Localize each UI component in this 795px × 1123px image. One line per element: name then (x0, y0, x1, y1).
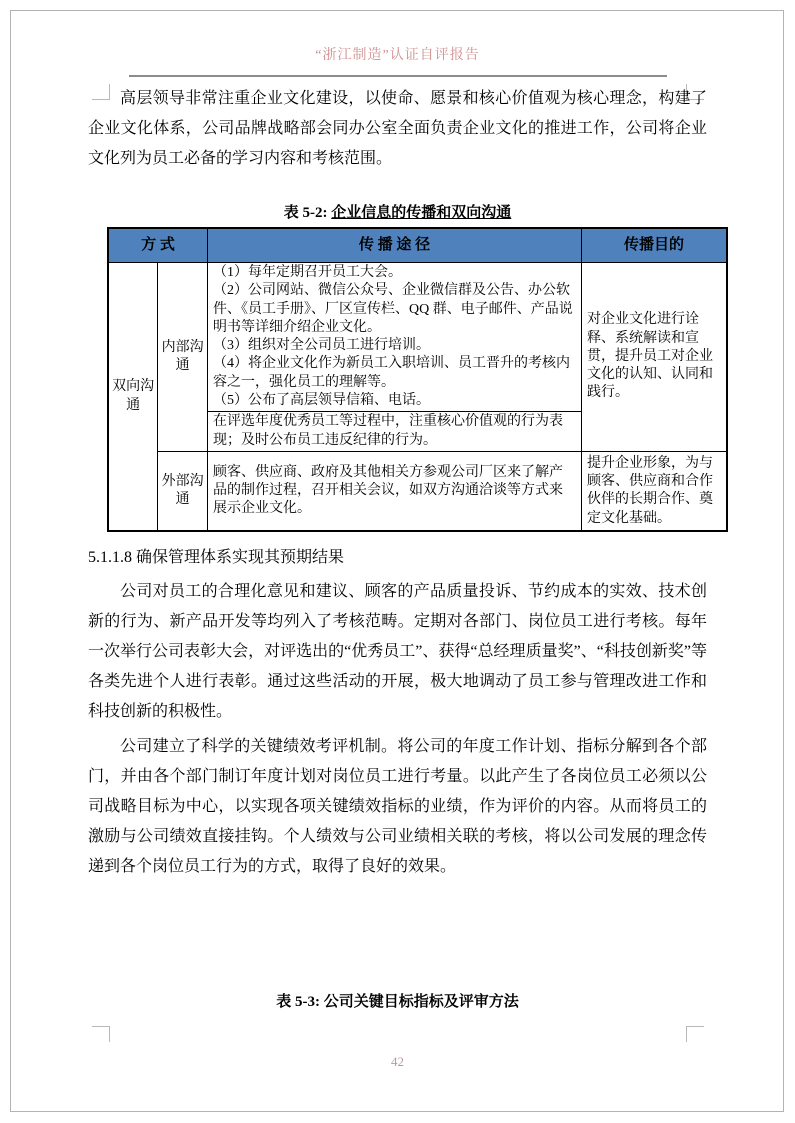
cell-internal-purpose: 对企业文化进行诠释、系统解读和宣贯，提升员工对企业文化的认知、认同和践行。 (582, 263, 728, 452)
table-5-3-caption-title: 公司关键目标指标及评审方法 (324, 994, 519, 1010)
text-boundary-mark-bottom-right (686, 1026, 704, 1042)
table-5-3-caption-prefix: 表 5-3: (276, 994, 324, 1010)
table-header-row: 方 式 传 播 途 径 传播目的 (108, 228, 727, 263)
table-5-3-caption: 表 5-3: 公司关键目标指标及评审方法 (0, 990, 795, 1011)
cell-group-two-way: 双向沟通 (108, 263, 158, 532)
document-page: { "page": { "header_title": "“浙江制造”认证自评报… (0, 0, 795, 1123)
cell-internal-channels: （1）每年定期召开员工大会。 （2）公司网站、微信公众号、企业微信群及公告、办公… (208, 263, 582, 412)
cell-external-channels: 顾客、供应商、政府及其他相关方参观公司厂区来了解产品的制作过程，召开相关会议，如… (208, 451, 582, 531)
cell-external-label: 外部沟通 (158, 451, 208, 531)
header-divider-rule (129, 75, 667, 77)
header-cell-purpose: 传播目的 (582, 228, 728, 263)
table-5-2-caption-title: 企业信息的传播和双向沟通 (331, 205, 511, 221)
table-5-2-caption: 表 5-2: 企业信息的传播和双向沟通 (0, 201, 795, 222)
table-5-2-caption-prefix: 表 5-2: (284, 205, 332, 221)
cell-external-purpose: 提升企业形象，为与顾客、供应商和合作伙伴的长期合作、奠定文化基础。 (582, 451, 728, 531)
table-row-internal: 双向沟通 内部沟通 （1）每年定期召开员工大会。 （2）公司网站、微信公众号、企… (108, 263, 727, 412)
cell-internal-channels-note: 在评选年度优秀员工等过程中，注重核心价值观的行为表现；及时公布员工违反纪律的行为… (208, 412, 582, 452)
table-row-external: 外部沟通 顾客、供应商、政府及其他相关方参观公司厂区来了解产品的制作过程，召开相… (108, 451, 727, 531)
page-number: 42 (0, 1054, 795, 1070)
paragraph-kpi-mechanism: 公司建立了科学的关键绩效考评机制。将公司的年度工作计划、指标分解到各个部门，并由… (88, 732, 707, 882)
running-header-title: “浙江制造”认证自评报告 (0, 44, 795, 64)
paragraph-culture-intro: 高层领导非常注重企业文化建设，以使命、愿景和核心价值观为核心理念，构建了企业文化… (88, 84, 707, 174)
cell-internal-label: 内部沟通 (158, 263, 208, 452)
header-cell-method: 方 式 (108, 228, 208, 263)
section-heading-5-1-1-8: 5.1.1.8 确保管理体系实现其预期结果 (88, 547, 707, 569)
header-cell-channel: 传 播 途 径 (208, 228, 582, 263)
text-boundary-mark-bottom-left (92, 1026, 110, 1042)
paragraph-assessment: 公司对员工的合理化意见和建议、顾客的产品质量投诉、节约成本的实效、技术创新的行为… (88, 577, 707, 727)
table-5-2-communication: 方 式 传 播 途 径 传播目的 双向沟通 内部沟通 （1）每年定期召开员工大会… (107, 227, 728, 532)
